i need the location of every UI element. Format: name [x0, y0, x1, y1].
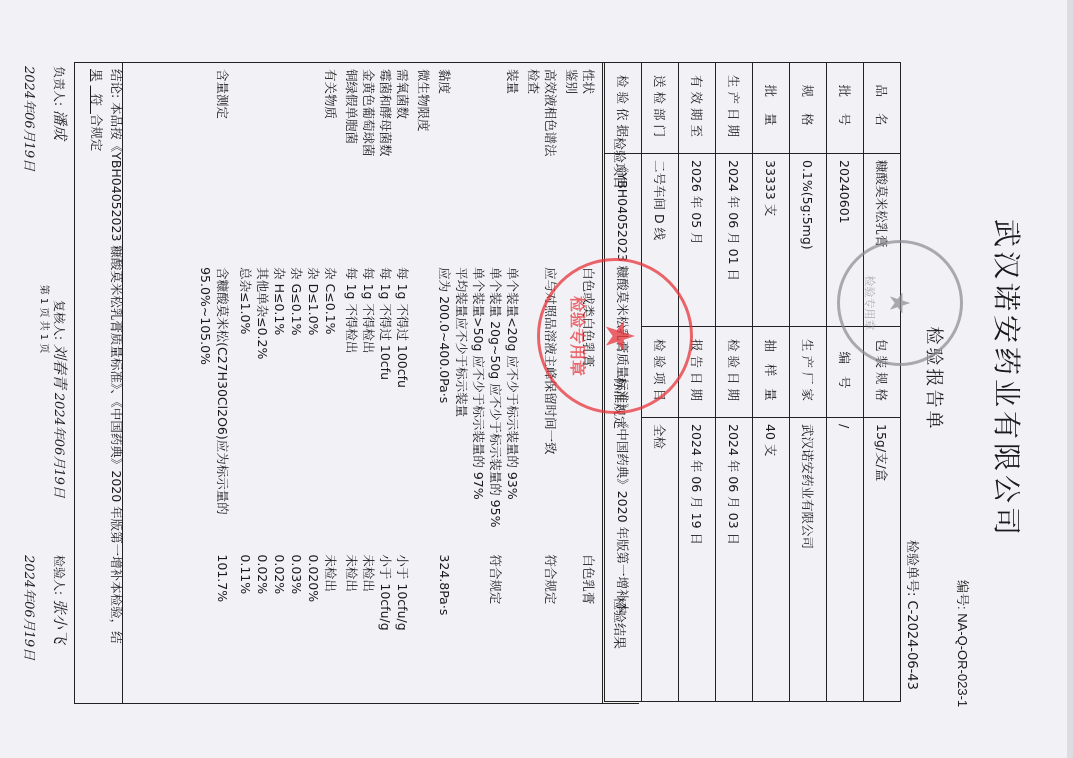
result-item [487, 63, 504, 267]
gray-stamp-text: 检验专用章 [862, 243, 878, 363]
manufacturer-label: 生产厂家 [790, 327, 827, 418]
result-result: 符合规定 [487, 544, 504, 703]
result-item: 需氧菌数 [394, 63, 411, 267]
result-item: 含量测定 [214, 63, 231, 267]
result-item: 有关物质 [322, 63, 339, 267]
result-result: 未检出 [343, 544, 360, 703]
reviewer-date: 2024年06月19日 [51, 393, 66, 498]
result-item [271, 63, 288, 267]
table-row: 规 格 0.1%(5g:5mg) 生产厂家 武汉诺安药业有限公司 [790, 63, 827, 702]
table-row: 批 号 20240601 编 号 / [827, 63, 864, 702]
test-date-label: 检验日期 [716, 327, 753, 418]
package-spec-value: 15g/支/盒 [864, 418, 901, 702]
code-value: / [827, 418, 864, 702]
result-standard: 杂 D≤1.0% [305, 267, 322, 544]
results-row: 需氧菌数每 1g 不得过 100cfu小于 10cfu/g [394, 63, 411, 703]
spec-label: 规 格 [790, 63, 827, 154]
results-row: 装量单个装量<20g 应不少于标示装量的 93% [504, 63, 521, 703]
inspection-number: 检验单号: C-2024-06-43 [904, 540, 923, 690]
result-standard: 每 1g 不得检出 [343, 267, 360, 544]
table-row: 批 量 33333 支 抽 样 量 40 支 [753, 63, 790, 702]
result-standard: 每 1g 不得过 10cfu [377, 267, 394, 544]
table-row: 品 名 糠酸莫米松乳膏 包装规格 15g/支/盒 [864, 63, 901, 702]
result-item [470, 63, 487, 267]
result-result: 101.7% [214, 544, 231, 703]
results-row: 单个装量 20g~50g 应不少于标示装量的 95%符合规定 [487, 63, 504, 703]
result-item [254, 63, 271, 267]
result-standard: 单个装量 20g~50g 应不少于标示装量的 95% [487, 267, 504, 544]
reviewer-signature: 复核人: 刘春青 2024年06月19日 [50, 300, 71, 498]
result-result: 小于 10cfu/g [394, 544, 411, 703]
table-row: 生产日期 2024 年 06 月 01 日 检验日期 2024 年 06 月 0… [716, 63, 753, 702]
result-item [237, 63, 254, 267]
results-row: 杂 G≤0.1%0.03% [288, 63, 305, 703]
inspector-label: 检验人: [52, 555, 66, 595]
result-item: 鉴别 [563, 63, 580, 267]
conclusion-result-value: 符 [89, 93, 104, 106]
manufacturer-value: 武汉诺安药业有限公司 [790, 418, 827, 702]
expiry-label: 有效期至 [679, 63, 716, 154]
batch-qty-label: 批 量 [753, 63, 790, 154]
red-stamp-text: 检验专用章 [567, 261, 590, 411]
conclusion: 结论: 本品按《YBH04052023 糠酸莫米松乳膏质量标准》、《中国药典》2… [74, 62, 129, 704]
prod-date-value: 2024 年 06 月 01 日 [716, 154, 753, 327]
reviewer-sig: 刘春青 [51, 344, 69, 389]
dept-label: 送检部门 [642, 63, 679, 154]
result-standard: 杂 H≤0.1% [271, 267, 288, 544]
result-result: 324.8Pa·s [436, 544, 453, 703]
conclusion-result: 果 符 合规定 [86, 69, 106, 697]
result-result: 白色乳膏 [580, 544, 597, 703]
results-row: 检查 [525, 63, 542, 703]
result-item: 微生物限度 [415, 63, 432, 267]
result-item: 检查 [525, 63, 542, 267]
results-row: 含量测定含糠酸莫米松(C27H30Cl2O6)应为标示量的 95.0%~105.… [214, 63, 231, 703]
result-standard: 其他单杂≤0.2% [254, 267, 271, 544]
result-standard [525, 267, 542, 544]
product-name-label: 品 名 [864, 63, 901, 154]
result-standard: 应为 200.0~400.0Pa·s [436, 267, 453, 544]
inspection-number-value: C-2024-06-43 [904, 601, 919, 690]
result-result: 0.11% [237, 544, 254, 703]
sample-qty-label: 抽 样 量 [753, 327, 790, 418]
results-row: 黏度应为 200.0~400.0Pa·s324.8Pa·s [436, 63, 453, 703]
result-item: 装量 [504, 63, 521, 267]
result-result: 小于 10cfu/g [377, 544, 394, 703]
result-result [563, 544, 580, 703]
conclusion-text: 结论: 本品按《YBH04052023 糠酸莫米松乳膏质量标准》、《中国药典》2… [106, 69, 126, 697]
document-code: 编号: NA-Q-OR-023-1 [954, 580, 973, 707]
results-row: 铜绿假单胞菌每 1g 不得检出未检出 [343, 63, 360, 703]
result-result [415, 544, 432, 703]
result-standard: 杂 G≤0.1% [288, 267, 305, 544]
result-standard: 每 1g 不得检出 [360, 267, 377, 544]
results-row: 单个装量>50g 应不少于标示装量的 97% [470, 63, 487, 703]
reviewer-label: 复核人: [52, 300, 66, 340]
results-list: 性状白色或类白色乳膏白色乳膏鉴别高效液相色谱法应与对照品溶液主峰保留时间一致符合… [122, 62, 603, 704]
report-title: 检验报告单 [922, 0, 948, 758]
result-standard: 平均装量应不少于标示装量 [453, 267, 470, 544]
result-result: 未检出 [322, 544, 339, 703]
result-standard: 单个装量>50g 应不少于标示装量的 97% [470, 267, 487, 544]
results-row: 霉菌和酵母菌数每 1g 不得过 10cfu小于 10cfu/g [377, 63, 394, 703]
results-row: 平均装量应不少于标示装量 [453, 63, 470, 703]
page-info: 第 1 页 共 1 页 [38, 0, 53, 698]
responsible-label: 负责人: [52, 66, 66, 106]
result-item: 铜绿假单胞菌 [343, 63, 360, 267]
result-result: 0.03% [288, 544, 305, 703]
result-standard [415, 267, 432, 544]
company-name: 武汉诺安药业有限公司 [988, 0, 1028, 758]
result-result [504, 544, 521, 703]
result-standard: 每 1g 不得过 100cfu [394, 267, 411, 544]
red-seal-stamp: ★ 检验专用章 [537, 258, 693, 414]
result-standard: 含糠酸莫米松(C27H30Cl2O6)应为标示量的 95.0%~105.0% [214, 267, 231, 544]
results-row: 有关物质杂 C≤0.1%未检出 [322, 63, 339, 703]
gray-seal-stamp: ★ 检验专用章 [837, 240, 963, 366]
test-item-value: 全检 [642, 418, 679, 702]
results-header-result: 检验结果 [612, 543, 631, 703]
result-item: 黏度 [436, 63, 453, 267]
result-item: 性状 [580, 63, 597, 267]
result-result: 0.02% [271, 544, 288, 703]
inspection-number-label: 检验单号: [904, 540, 919, 596]
batch-qty-value: 33333 支 [753, 154, 790, 327]
report-date-value: 2024 年 06 月 19 日 [679, 418, 716, 702]
batch-no-label: 批 号 [827, 63, 864, 154]
result-item: 金黄色葡萄球菌 [360, 63, 377, 267]
star-icon: ★ [883, 243, 916, 363]
result-item: 高效液相色谱法 [542, 63, 559, 267]
result-item [305, 63, 322, 267]
results-row: 杂 D≤1.0%0.020% [305, 63, 322, 703]
results-row: 杂 H≤0.1%0.02% [271, 63, 288, 703]
responsible-sig: 潘成 [51, 110, 69, 140]
test-date-value: 2024 年 06 月 03 日 [716, 418, 753, 702]
star-icon: ★ [596, 261, 642, 411]
sample-qty-value: 40 支 [753, 418, 790, 702]
result-result [525, 544, 542, 703]
results-row: 微生物限度 [415, 63, 432, 703]
result-item: 霉菌和酵母菌数 [377, 63, 394, 267]
results-row: 其他单杂≤0.2%0.02% [254, 63, 271, 703]
conclusion-result-prefix: 果 [89, 69, 104, 82]
results-header-item: 检验项目 [612, 63, 631, 263]
inspector-sig: 张小飞 [51, 599, 69, 644]
result-result: 符合规定 [542, 544, 559, 703]
result-standard: 总杂≤1.0% [237, 267, 254, 544]
results-row: 总杂≤1.0%0.11% [237, 63, 254, 703]
prod-date-label: 生产日期 [716, 63, 753, 154]
result-item [453, 63, 470, 267]
result-result: 未检出 [360, 544, 377, 703]
table-row: 有效期至 2026 年 05 月 报告日期 2024 年 06 月 19 日 [679, 63, 716, 702]
inspection-report-page: 武汉诺安药业有限公司 编号: NA-Q-OR-023-1 检验报告单 检验单号:… [0, 0, 1073, 758]
result-result [453, 544, 470, 703]
result-result [470, 544, 487, 703]
result-result: 0.020% [305, 544, 322, 703]
results-row: 金黄色葡萄球菌每 1g 不得检出未检出 [360, 63, 377, 703]
result-result: 0.02% [254, 544, 271, 703]
result-standard: 杂 C≤0.1% [322, 267, 339, 544]
spec-value: 0.1%(5g:5mg) [790, 154, 827, 327]
result-standard: 单个装量<20g 应不少于标示装量的 93% [504, 267, 521, 544]
result-item [288, 63, 305, 267]
conclusion-result-suffix: 合规定 [89, 114, 104, 152]
